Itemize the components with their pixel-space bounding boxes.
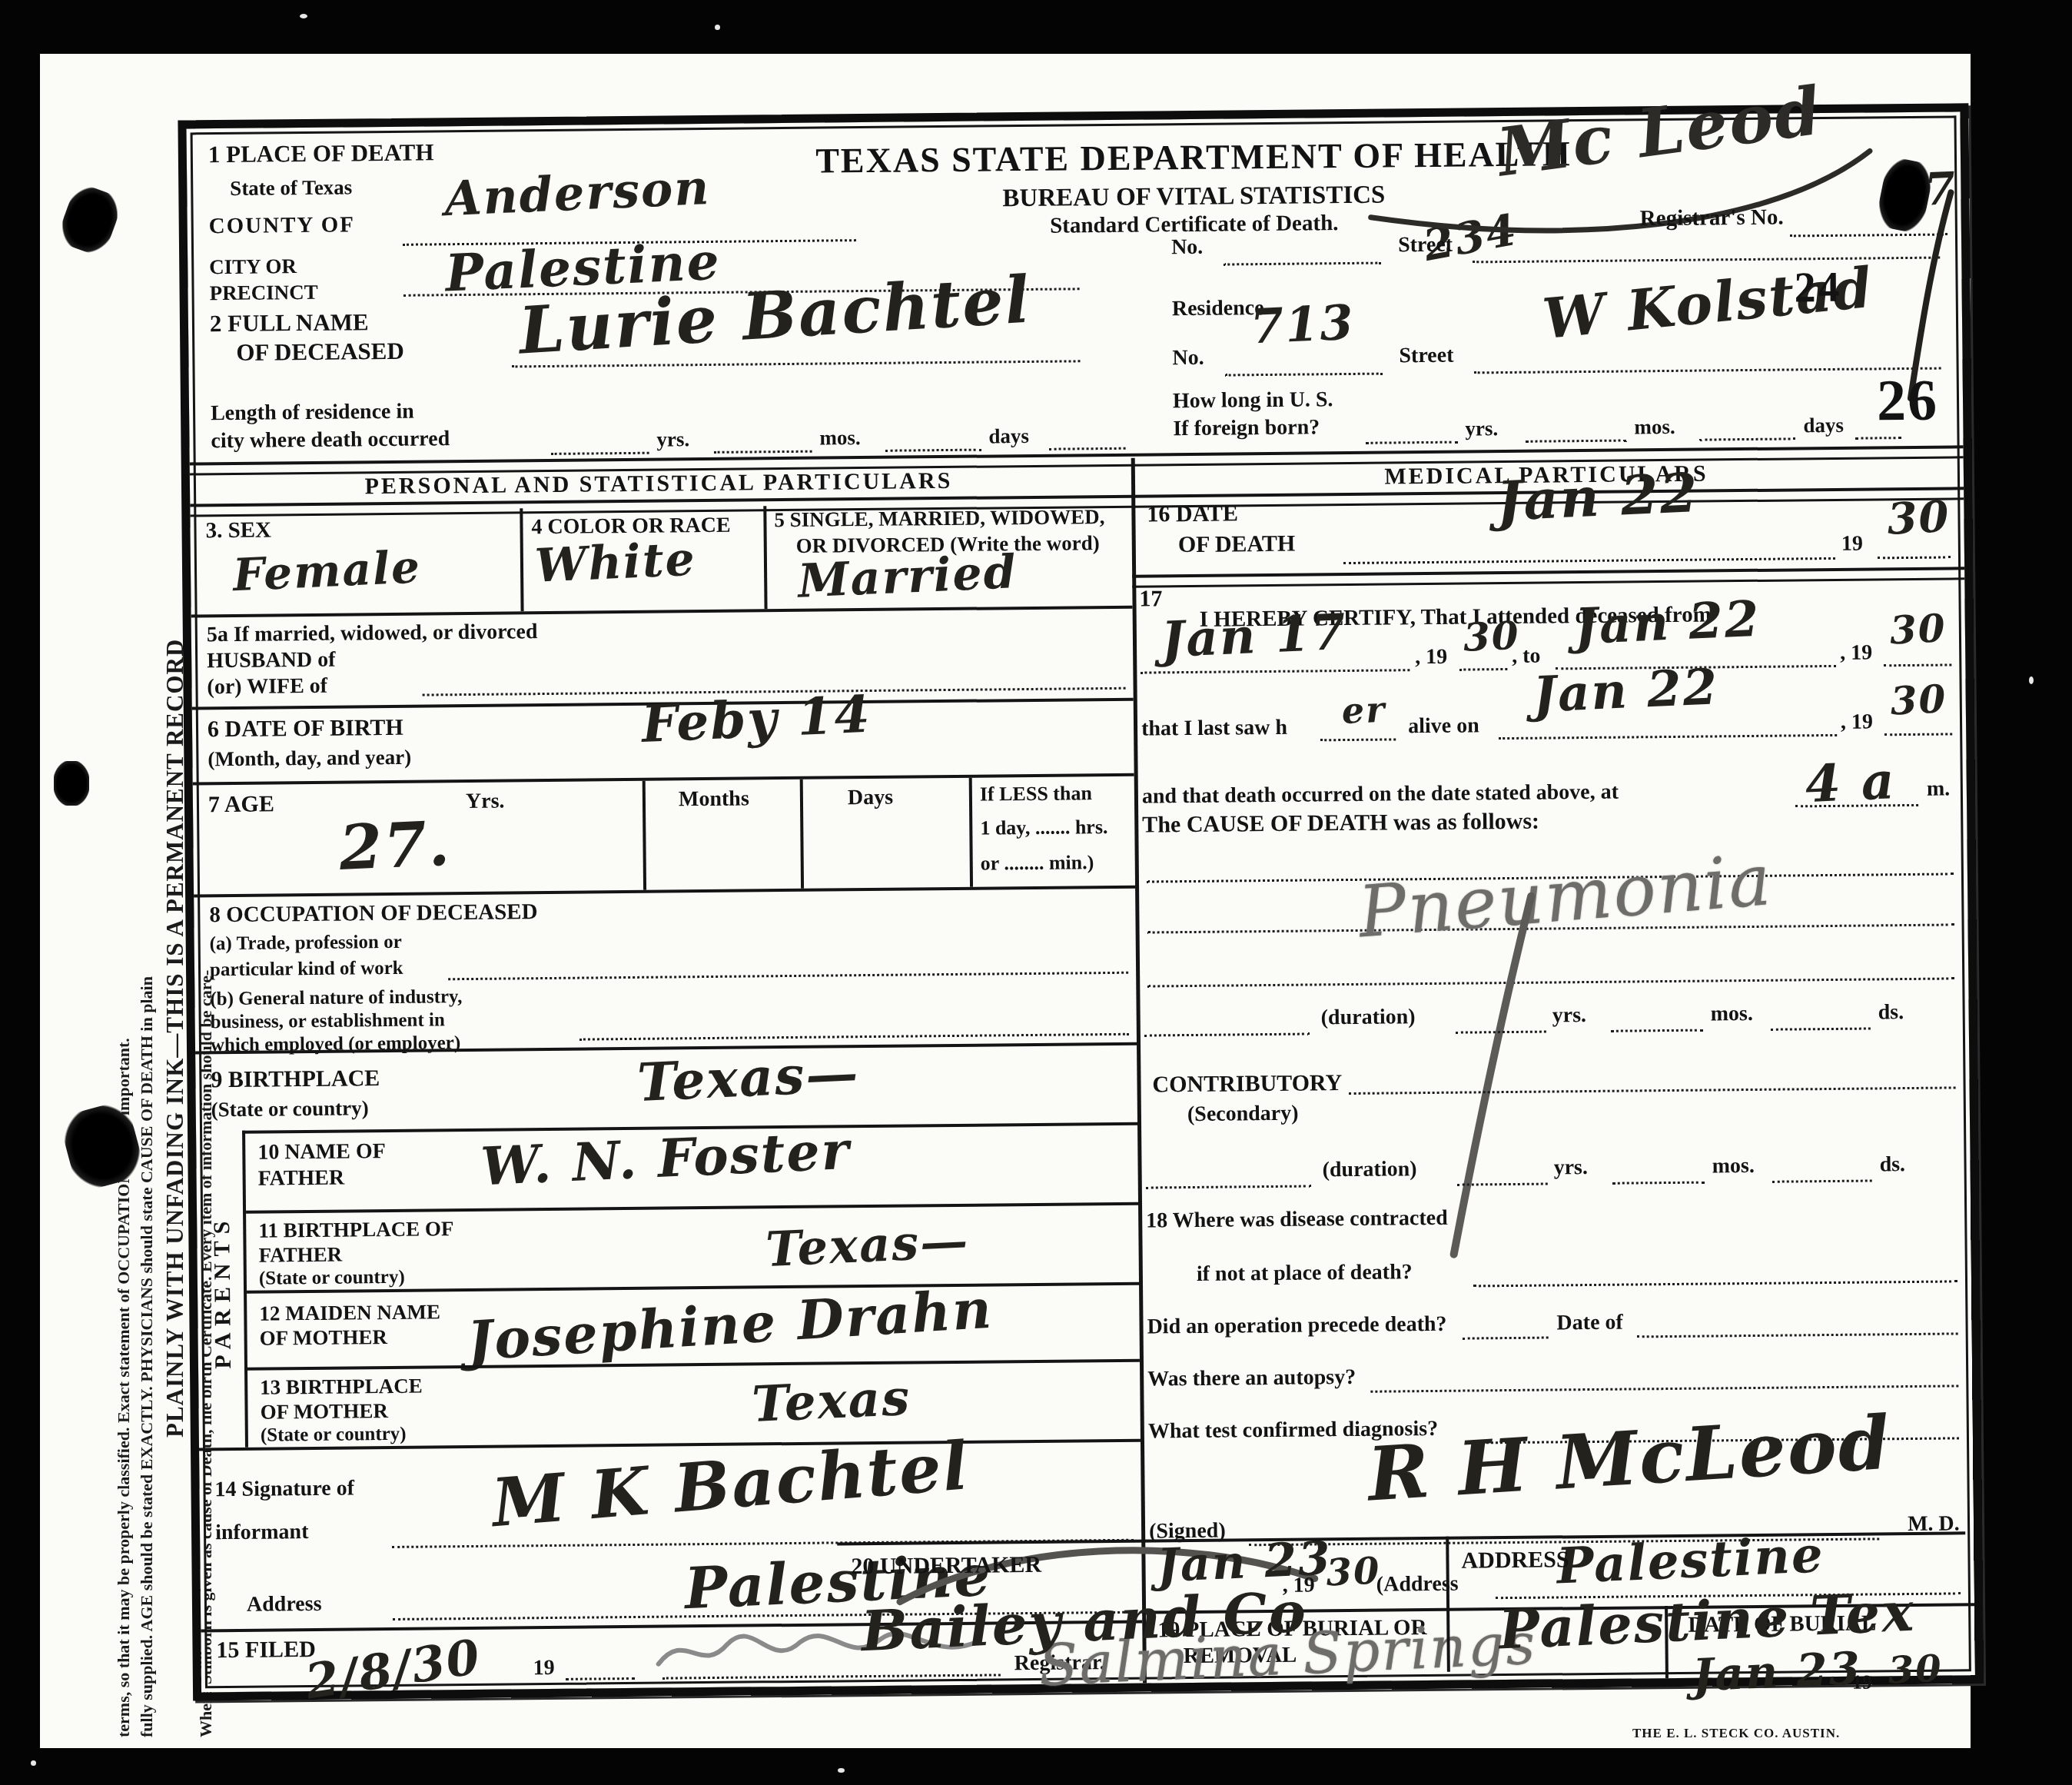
undertaker-row-layer: 20 UNDERTAKER Bailey and Co ADDRESS Pale… xyxy=(178,103,1966,1684)
undertaker-address-label: ADDRESS xyxy=(1461,1547,1569,1573)
scan-speck xyxy=(2029,676,2034,684)
death-certificate-scan: PLAINLY WITH UNFADING INK—THIS IS A PERM… xyxy=(0,0,2072,1785)
row20-top-rule xyxy=(837,1531,1965,1545)
undertaker-label: 20 UNDERTAKER xyxy=(851,1553,1041,1579)
year-label: 19 xyxy=(1852,1672,1872,1694)
scan-speck xyxy=(300,14,307,18)
printer-credit: THE E. L. STECK CO. AUSTIN. xyxy=(1632,1727,1840,1740)
scan-speck xyxy=(31,1760,36,1766)
undertaker-address-value: Palestine Tex xyxy=(1498,1585,1916,1657)
margin-note-occupation: terms, so that it may be properly classi… xyxy=(114,300,134,1737)
ink-blob xyxy=(55,181,125,258)
scan-speck xyxy=(838,1768,845,1773)
undertaker-value: Bailey and Co xyxy=(860,1584,1308,1659)
ink-blob xyxy=(54,761,89,806)
scan-speck xyxy=(715,25,720,30)
margin-note-age-exactly: fully supplied. AGE should be stated EXA… xyxy=(137,300,157,1737)
undertaker-cell-divider xyxy=(1446,1537,1450,1672)
